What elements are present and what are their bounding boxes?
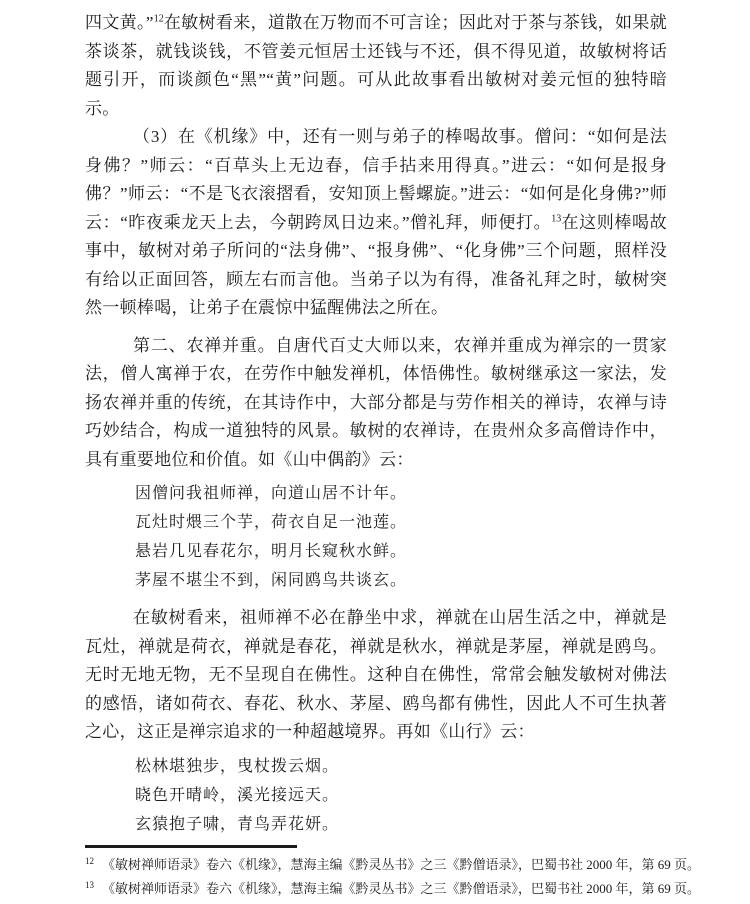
paragraph-tea-money-story: 四文黄。”12在敏树看来，道散在万物而不可言诠；因此对于茶与茶钱，如果就茶谈茶，…: [85, 9, 667, 123]
footnote-text: 《敏树禅师语录》卷六《机缘》，慧海主编《黔灵丛书》之三《黔僧语录》，巴蜀书社 2…: [102, 881, 700, 896]
paragraph-text: 在敏树看来，道散在万物而不可言诠；因此对于茶与茶钱，如果就茶谈茶，就钱谈钱，不管…: [85, 13, 667, 118]
poem-line: 悬岩几见春花尔，明月长窥秋水鲜。: [85, 537, 667, 566]
paragraph-zushi-chan-analysis: 在敏树看来，祖师禅不必在静坐中求，禅就在山居生活之中，禅就是瓦灶，禅就是荷衣，禅…: [85, 604, 667, 747]
poem-line: 松林堪独步，曳杖拨云烟。: [85, 752, 667, 781]
footnote-12: 12《敏树禅师语录》卷六《机缘》，慧海主编《黔灵丛书》之三《黔僧语录》，巴蜀书社…: [85, 853, 670, 877]
paragraph-banghe-story: （3）在《机缘》中，还有一则与弟子的棒喝故事。僧问：“如何是法身佛？”师云：“百…: [85, 123, 667, 323]
footnote-ref-13: 13: [551, 213, 561, 224]
paragraph-text: 四文黄。”: [85, 13, 154, 32]
paragraph-nongchan-intro: 第二、农禅并重。自唐代百丈大师以来，农禅并重成为禅宗的一贯家法，僧人寓禅于农，在…: [85, 332, 667, 475]
poem-line: 茅屋不堪尘不到，闲同鸥鸟共谈玄。: [85, 566, 667, 595]
footnote-divider: [85, 845, 297, 848]
footnote-number: 12: [85, 856, 94, 866]
poem-line: 瓦灶时煨三个芋，荷衣自足一池莲。: [85, 508, 667, 537]
poem-shanxing: 松林堪独步，曳杖拨云烟。 晓色开晴岭，溪光接远天。 玄猿抱子啸，青鸟弄花妍。: [85, 752, 667, 839]
poem-line: 玄猿抱子啸，青鸟弄花妍。: [85, 810, 667, 839]
footnote-number: 13: [85, 880, 94, 890]
footnote-section: 12《敏树禅师语录》卷六《机缘》，慧海主编《黔灵丛书》之三《黔僧语录》，巴蜀书社…: [85, 845, 670, 901]
poem-line: 晓色开晴岭，溪光接远天。: [85, 781, 667, 810]
footnote-13: 13《敏树禅师语录》卷六《机缘》，慧海主编《黔灵丛书》之三《黔僧语录》，巴蜀书社…: [85, 877, 670, 901]
document-page: 四文黄。”12在敏树看来，道散在万物而不可言诠；因此对于茶与茶钱，如果就茶谈茶，…: [0, 0, 750, 904]
paragraph-text: 在敏树看来，祖师禅不必在静坐中求，禅就在山居生活之中，禅就是瓦灶，禅就是荷衣，禅…: [85, 608, 667, 741]
footnote-text: 《敏树禅师语录》卷六《机缘》，慧海主编《黔灵丛书》之三《黔僧语录》，巴蜀书社 2…: [102, 857, 700, 872]
poem-shanzhong-ouyun: 因僧问我祖师禅，向道山居不计年。 瓦灶时煨三个芋，荷衣自足一池莲。 悬岩几见春花…: [85, 479, 667, 595]
poem-line: 因僧问我祖师禅，向道山居不计年。: [85, 479, 667, 508]
paragraph-text: 第二、农禅并重。自唐代百丈大师以来，农禅并重成为禅宗的一贯家法，僧人寓禅于农，在…: [85, 336, 667, 469]
footnote-ref-12: 12: [154, 13, 164, 24]
